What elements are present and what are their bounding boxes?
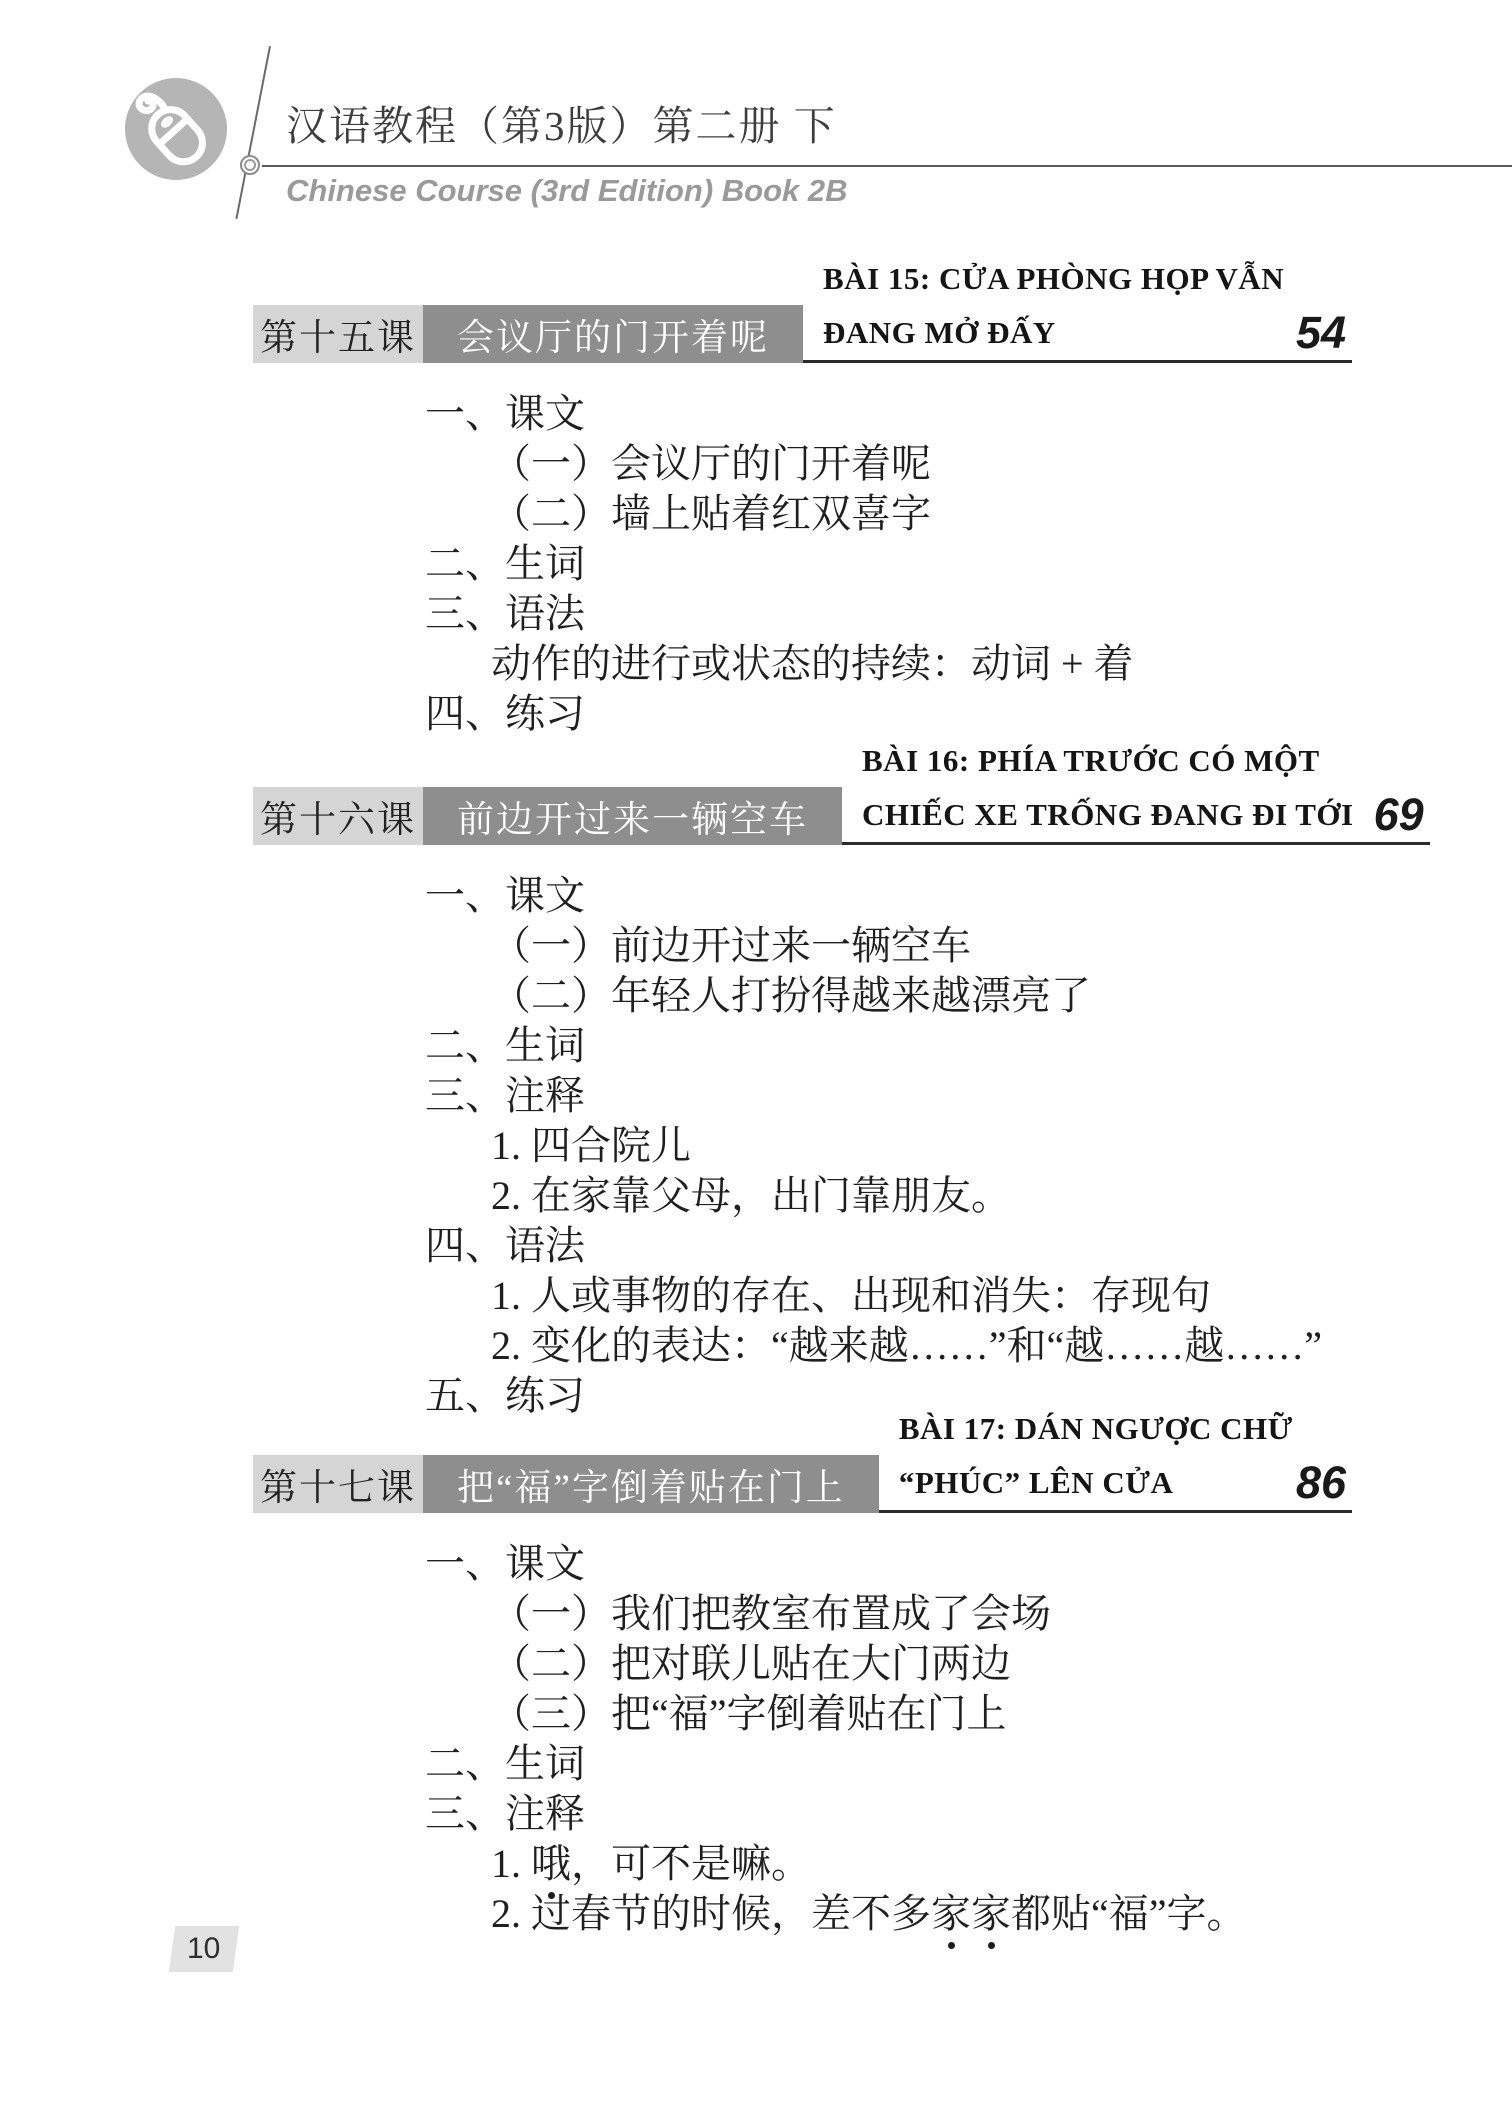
decorative-ring-icon [240, 155, 260, 175]
lesson-title-vietnamese: BÀI 15: CỬA PHÒNG HỌP VẪN ĐANG MỞ ĐẤY 54 [803, 305, 1352, 363]
lesson-header-row: 第十五课 会议厅的门开着呢 BÀI 15: CỬA PHÒNG HỌP VẪN … [253, 305, 1352, 363]
toc-item: 三、注释 [425, 1789, 1352, 1839]
toc-item: 二、生词 [425, 1739, 1352, 1789]
page-number-box: 10 [169, 1926, 239, 1972]
toc-item: 一、课文 [425, 871, 1352, 921]
toc-lessons: 第十五课 会议厅的门开着呢 BÀI 15: CỬA PHÒNG HỌP VẪN … [253, 305, 1352, 1939]
toc-item: 四、语法 [425, 1221, 1352, 1271]
page-header: 汉语教程（第3版）第二册 下 Chinese Course (3rd Editi… [0, 0, 1512, 230]
toc-item: 一、课文 [425, 1539, 1352, 1589]
toc-item: （二）墙上贴着红双喜字 [425, 489, 1352, 539]
lesson-page-number: 86 [1276, 1457, 1346, 1509]
toc-item: 二、生词 [425, 539, 1352, 589]
toc-item: 2. 过春节的时候，差不多家家都贴“福”字。 [425, 1889, 1352, 1939]
toc-item: 1. 四合院儿 [425, 1121, 1352, 1171]
lesson-title-chinese-box: 把“福”字倒着贴在门上 [423, 1455, 879, 1513]
lesson-title-chinese-box: 会议厅的门开着呢 [423, 305, 803, 363]
vietnamese-title-line2: ĐANG MỞ ĐẤY [823, 315, 1056, 351]
page-number: 10 [187, 1932, 220, 1966]
lesson-section: 第十五课 会议厅的门开着呢 BÀI 15: CỬA PHÒNG HỌP VẪN … [253, 305, 1352, 739]
lesson-title-chinese-box: 前边开过来一辆空车 [423, 787, 842, 845]
emphasized-char: 哦 [531, 1839, 571, 1889]
lesson-number-box: 第十六课 [253, 787, 423, 845]
book-title-english: Chinese Course (3rd Edition) Book 2B [286, 173, 848, 209]
toc-item: （一）我们把教室布置成了会场 [425, 1589, 1352, 1639]
toc-item: （二）年轻人打扮得越来越漂亮了 [425, 971, 1352, 1021]
toc-item: 一、课文 [425, 389, 1352, 439]
lesson-section: 第十七课 把“福”字倒着贴在门上 BÀI 17: DÁN NGƯỢC CHỮ “… [253, 1455, 1352, 1939]
lesson-title-vietnamese: BÀI 17: DÁN NGƯỢC CHỮ “PHÚC” LÊN CỬA 86 [879, 1455, 1352, 1513]
lesson-number-box: 第十五课 [253, 305, 423, 363]
lesson-title-vietnamese: BÀI 16: PHÍA TRƯỚC CÓ MỘT CHIẾC XE TRỐNG… [842, 787, 1430, 845]
toc-item: 1. 哦，可不是嘛。 [425, 1839, 1352, 1889]
toc-item: （二）把对联儿贴在大门两边 [425, 1639, 1352, 1689]
lesson-items: 一、课文（一）前边开过来一辆空车（二）年轻人打扮得越来越漂亮了二、生词三、注释1… [425, 871, 1352, 1421]
toc-item: （一）前边开过来一辆空车 [425, 921, 1352, 971]
header-rule [262, 165, 1512, 167]
lesson-page-number: 54 [1276, 307, 1346, 359]
toc-item: 四、练习 [425, 689, 1352, 739]
toc-item: 二、生词 [425, 1021, 1352, 1071]
lesson-section: 第十六课 前边开过来一辆空车 BÀI 16: PHÍA TRƯỚC CÓ MỘT… [253, 787, 1352, 1421]
toc-item: 1. 人或事物的存在、出现和消失：存现句 [425, 1271, 1352, 1321]
toc-item: （三）把“福”字倒着贴在门上 [425, 1689, 1352, 1739]
decorative-diagonal-line [235, 46, 271, 219]
lesson-page-number: 69 [1354, 789, 1424, 841]
lesson-items: 一、课文（一）我们把教室布置成了会场（二）把对联儿贴在大门两边（三）把“福”字倒… [425, 1539, 1352, 1939]
vietnamese-title-line2: “PHÚC” LÊN CỬA [899, 1465, 1174, 1501]
lesson-header-row: 第十六课 前边开过来一辆空车 BÀI 16: PHÍA TRƯỚC CÓ MỘT… [253, 787, 1352, 845]
lesson-items: 一、课文（一）会议厅的门开着呢（二）墙上贴着红双喜字二、生词三、语法动作的进行或… [425, 389, 1352, 739]
toc-page: 汉语教程（第3版）第二册 下 Chinese Course (3rd Editi… [0, 0, 1512, 2119]
toc-item: 三、语法 [425, 589, 1352, 639]
vietnamese-title-line2: CHIẾC XE TRỐNG ĐANG ĐI TỚI [862, 797, 1354, 833]
toc-item: 动作的进行或状态的持续：动词 + 着 [425, 639, 1352, 689]
toc-item: （一）会议厅的门开着呢 [425, 439, 1352, 489]
toc-item: 2. 变化的表达：“越来越……”和“越……越……” [425, 1321, 1352, 1371]
mouse-icon [125, 78, 227, 180]
emphasized-char: 家 [931, 1889, 971, 1939]
vietnamese-title-line1: BÀI 15: CỬA PHÒNG HỌP VẪN [823, 260, 1284, 298]
lesson-header-row: 第十七课 把“福”字倒着贴在门上 BÀI 17: DÁN NGƯỢC CHỮ “… [253, 1455, 1352, 1513]
toc-item: 2. 在家靠父母，出门靠朋友。 [425, 1171, 1352, 1221]
lesson-number-box: 第十七课 [253, 1455, 423, 1513]
toc-item: 三、注释 [425, 1071, 1352, 1121]
vietnamese-title-line1: BÀI 16: PHÍA TRƯỚC CÓ MỘT [862, 742, 1320, 780]
emphasized-char: 家 [971, 1889, 1011, 1939]
book-title-chinese: 汉语教程（第3版）第二册 下 [286, 102, 837, 150]
vietnamese-title-line1: BÀI 17: DÁN NGƯỢC CHỮ [899, 1410, 1293, 1448]
